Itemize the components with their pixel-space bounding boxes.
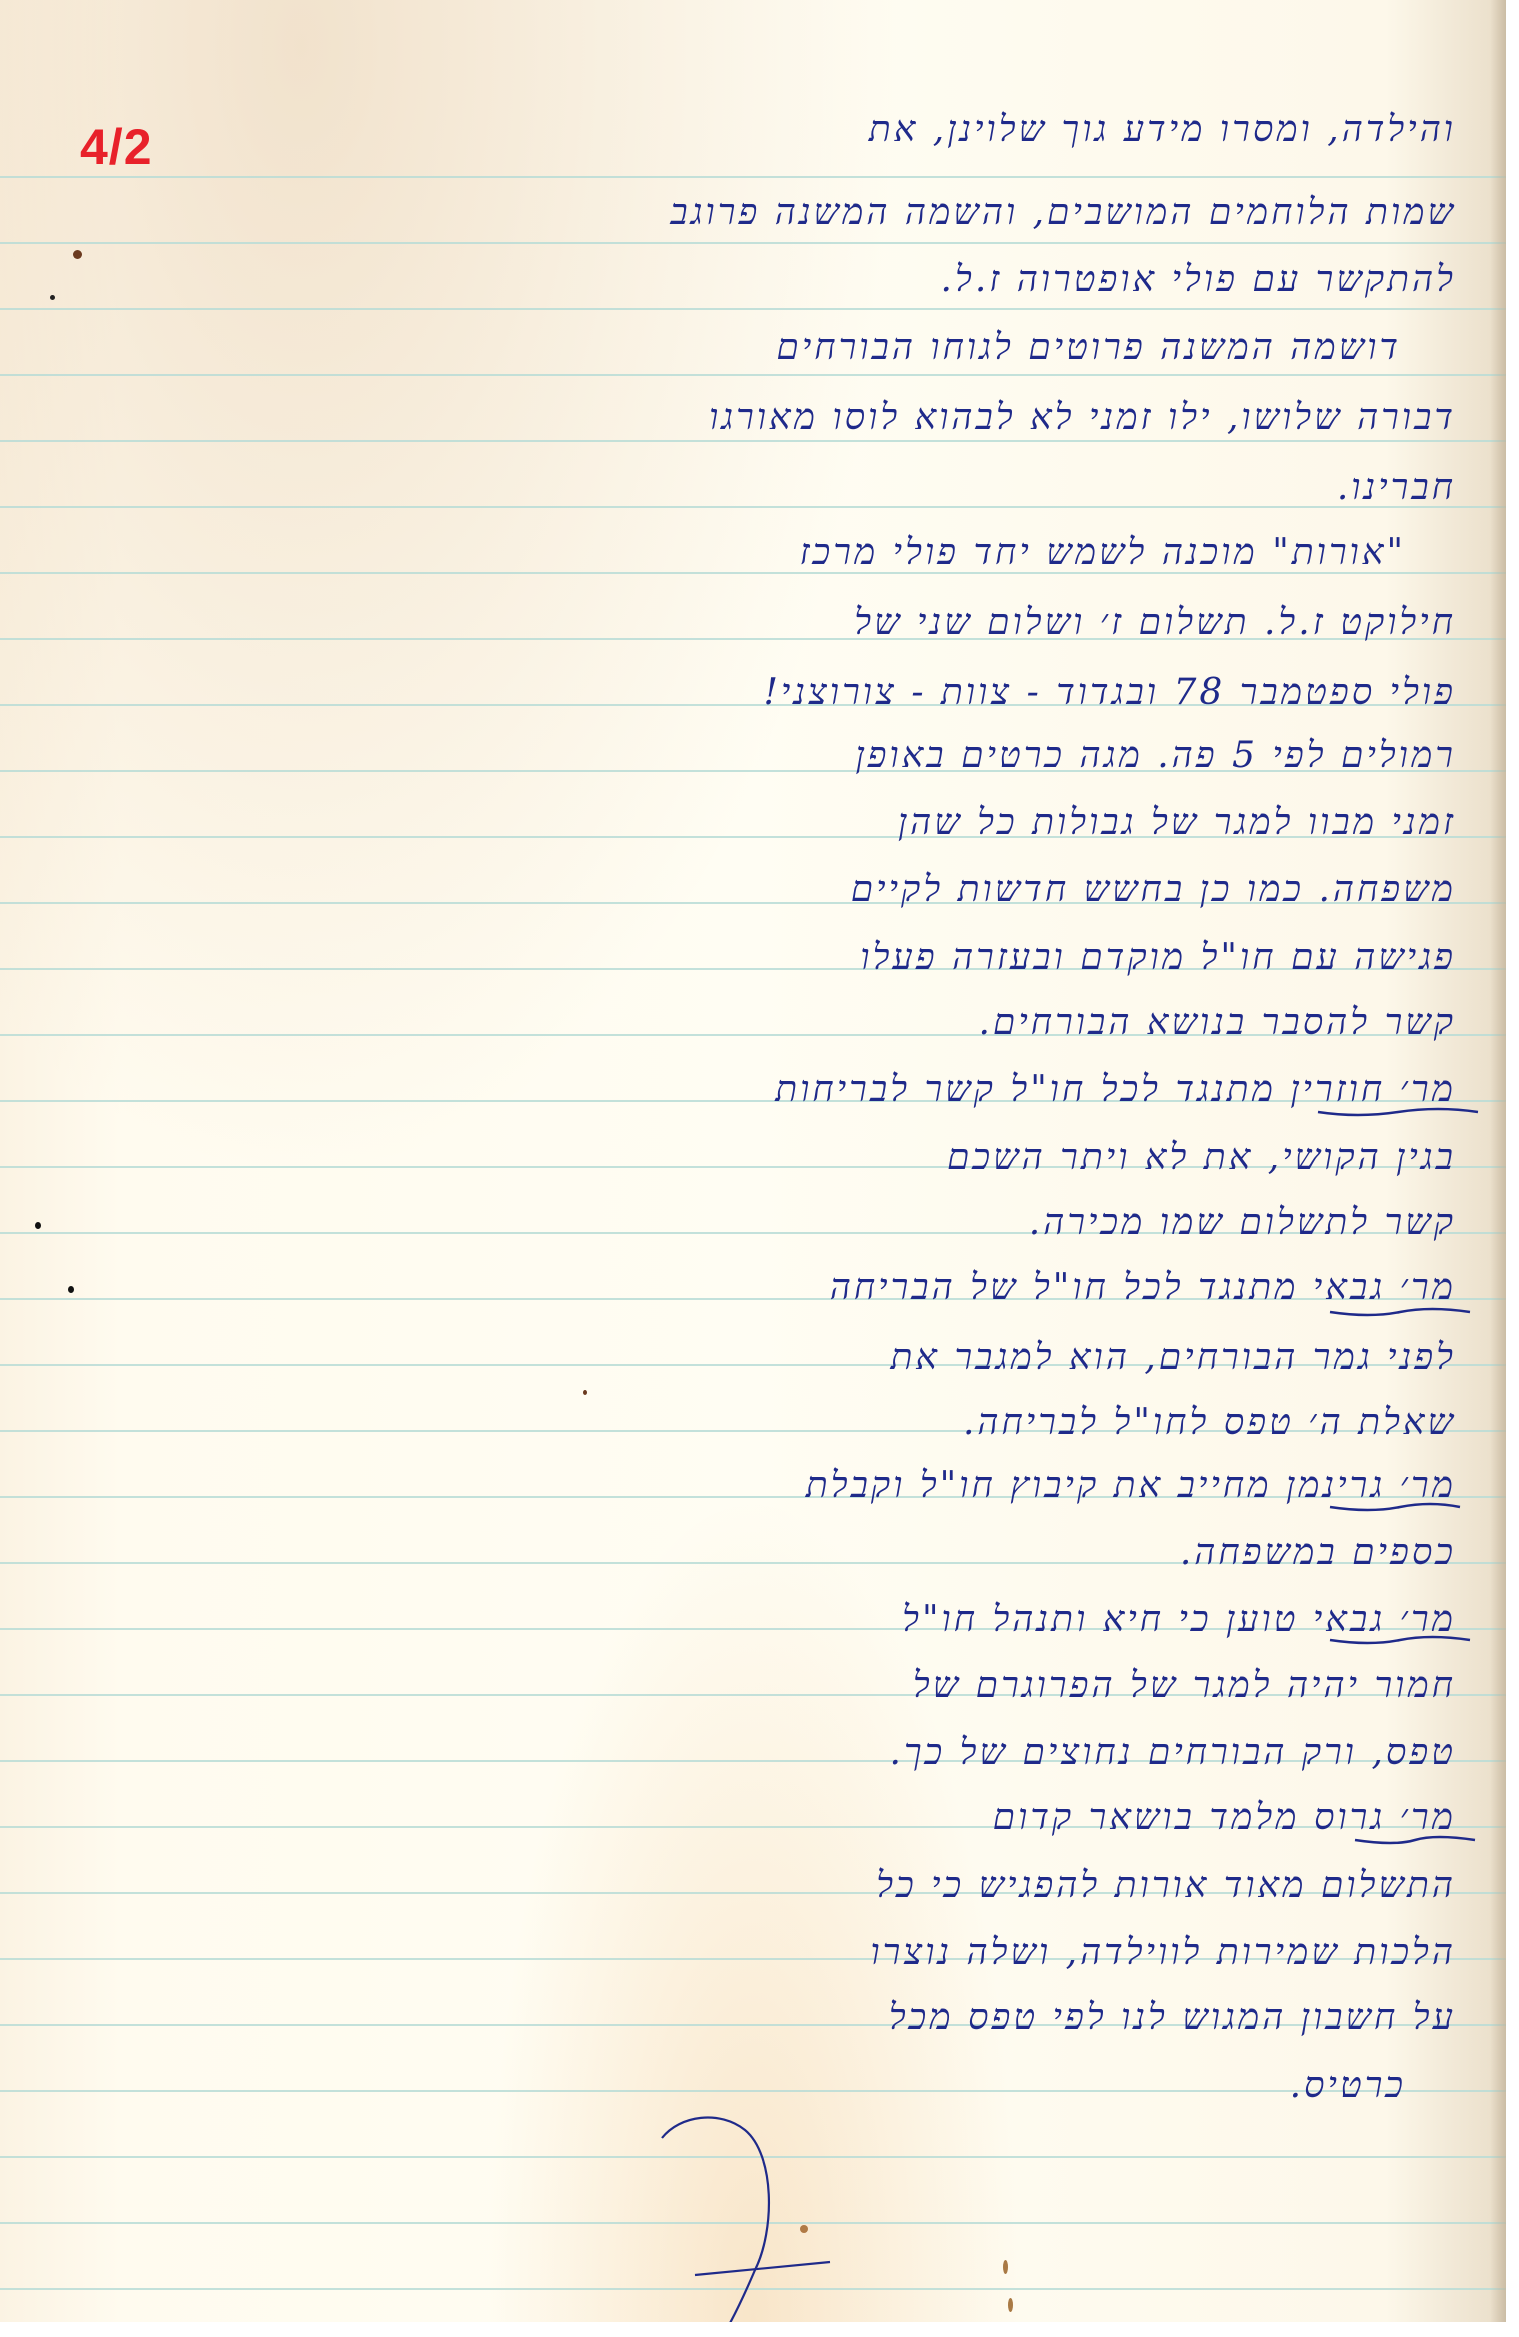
signature-flourish-icon: [640, 2110, 840, 2322]
notebook-page: 4/2 והילדה, ומסרו מידע גוך שלוינן, את שמ…: [0, 0, 1506, 2322]
name-underlines: [0, 0, 1506, 2322]
